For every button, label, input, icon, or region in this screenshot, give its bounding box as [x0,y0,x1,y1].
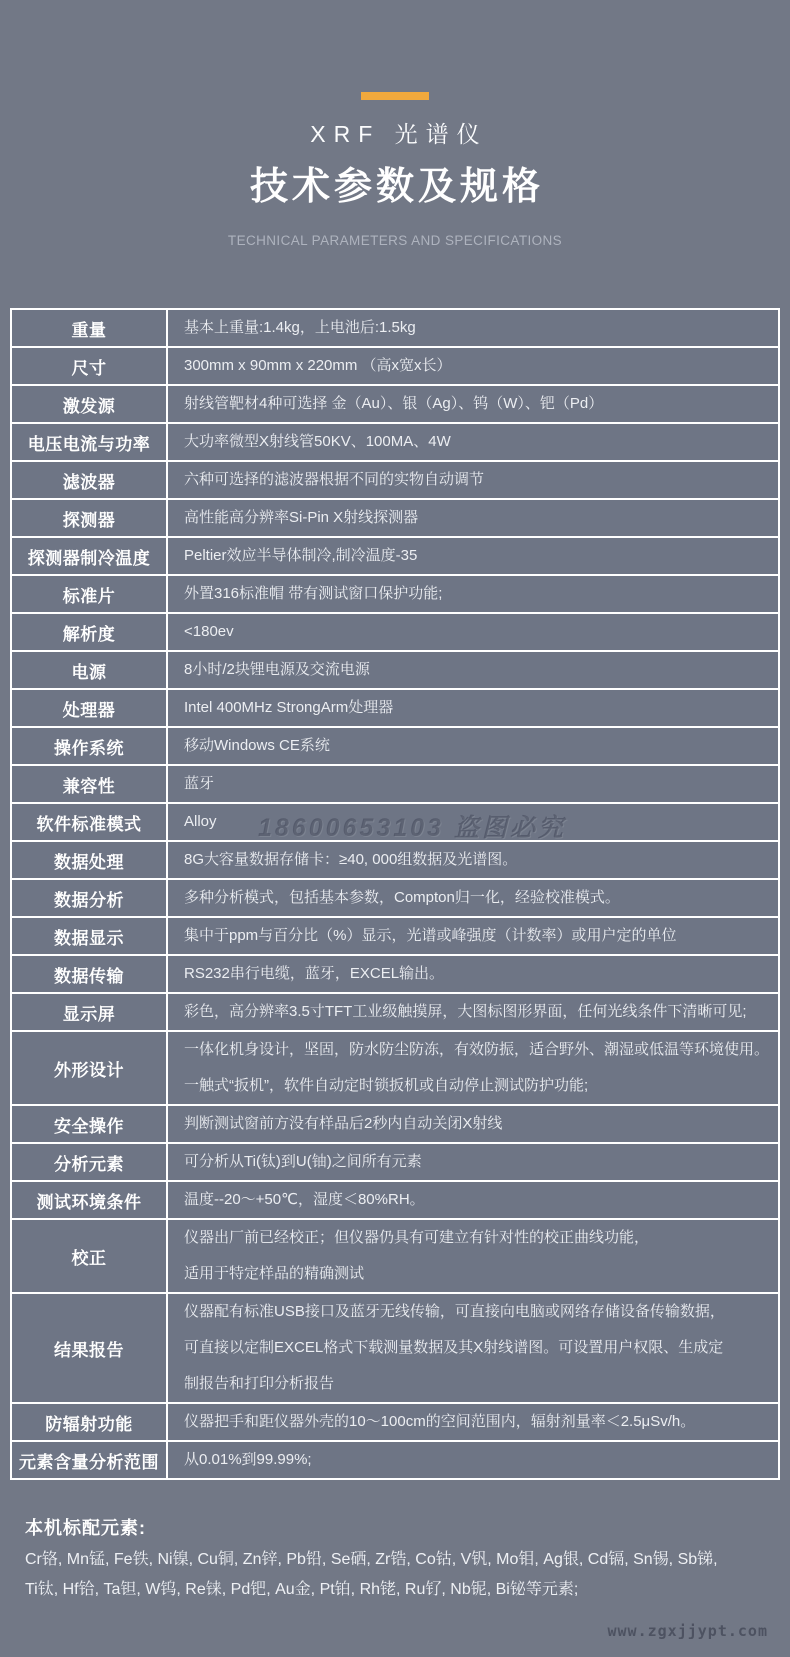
spec-row-value: 可分析从Ti(钛)到U(铀)之间所有元素 [168,1144,778,1180]
phone-watermark: 18600653103 盗图必究 [258,808,566,844]
spec-row-value: RS232串行电缆，蓝牙，EXCEL输出。 [168,956,778,992]
spec-row-label: 防辐射功能 [12,1404,168,1440]
spec-row-value: 高性能高分辨率Si-Pin X射线探测器 [168,500,778,536]
spec-row-value: 仪器配有标准USB接口及蓝牙无线传输，可直接向电脑或网络存储设备传输数据， 可直… [168,1294,778,1402]
table-row: 重量 基本上重量:1.4kg，上电池后:1.5kg [12,310,778,348]
spec-row-label: 校正 [12,1220,168,1292]
spec-row-value: 彩色，高分辨率3.5寸TFT工业级触摸屏，大图标图形界面，任何光线条件下清晰可见… [168,994,778,1030]
product-name: XRF 光谱仪 [0,116,790,149]
spec-row-value: 300mm x 90mm x 220mm （高x宽x长） [168,348,778,384]
spec-row-label: 数据显示 [12,918,168,954]
table-row: 操作系统 移动Windows CE系统 [12,728,778,766]
spec-row-value: 仪器把手和距仪器外壳的10～100cm的空间范围内，辐射剂量率＜2.5μSv/h… [168,1404,778,1440]
table-row: 尺寸 300mm x 90mm x 220mm （高x宽x长） [12,348,778,386]
standard-elements-heading: 本机标配元素: [25,1514,766,1540]
spec-row-label: 显示屏 [12,994,168,1030]
table-row: 外形设计 一体化机身设计，坚固，防水防尘防冻，有效防振，适合野外、潮湿或低温等环… [12,1032,778,1106]
spec-row-label: 元素含量分析范围 [12,1442,168,1478]
table-row: 兼容性 蓝牙 [12,766,778,804]
spec-row-value: 8小时/2块锂电源及交流电源 [168,652,778,688]
spec-row-label: 电源 [12,652,168,688]
page-subtitle: TECHNICAL PARAMETERS AND SPECIFICATIONS [0,233,790,248]
spec-row-value: Peltier效应半导体制冷,制冷温度-35 [168,538,778,574]
spec-row-label: 结果报告 [12,1294,168,1402]
spec-row-label: 标准片 [12,576,168,612]
spec-row-value: Intel 400MHz StrongArm处理器 [168,690,778,726]
spec-row-label: 尺寸 [12,348,168,384]
accent-bar [361,92,429,100]
spec-row-value: 温度--20～+50℃，湿度＜80%RH。 [168,1182,778,1218]
table-row: 处理器 Intel 400MHz StrongArm处理器 [12,690,778,728]
footer: 本机标配元素: Cr铬, Mn锰, Fe铁, Ni镍, Cu铜, Zn锌, Pb… [25,1514,766,1600]
table-row: 安全操作 判断测试窗前方没有样品后2秒内自动关闭X射线 [12,1106,778,1144]
table-row: 解析度 <180ev [12,614,778,652]
page-title: 技术参数及规格 [0,155,790,210]
spec-row-label: 软件标准模式 [12,804,168,840]
spec-row-value: 六种可选择的滤波器根据不同的实物自动调节 [168,462,778,498]
spec-row-label: 数据分析 [12,880,168,916]
table-row: 元素含量分析范围 从0.01%到99.99%; [12,1442,778,1478]
spec-row-value: 集中于ppm与百分比（%）显示，光谱或峰强度（计数率）或用户定的单位 [168,918,778,954]
spec-row-label: 数据传输 [12,956,168,992]
table-row: 探测器制冷温度 Peltier效应半导体制冷,制冷温度-35 [12,538,778,576]
spec-row-value: 蓝牙 [168,766,778,802]
table-row: 结果报告 仪器配有标准USB接口及蓝牙无线传输，可直接向电脑或网络存储设备传输数… [12,1294,778,1404]
table-row: 激发源 射线管靶材4种可选择 金（Au）、银（Ag）、钨（W）、钯（Pd） [12,386,778,424]
table-row: 标准片 外置316标准帽 带有测试窗口保护功能; [12,576,778,614]
spec-table: 重量 基本上重量:1.4kg，上电池后:1.5kg 尺寸 300mm x 90m… [10,308,780,1480]
spec-row-label: 电压电流与功率 [12,424,168,460]
table-row: 滤波器 六种可选择的滤波器根据不同的实物自动调节 [12,462,778,500]
table-row: 测试环境条件 温度--20～+50℃，湿度＜80%RH。 [12,1182,778,1220]
spec-row-label: 测试环境条件 [12,1182,168,1218]
spec-row-value: 一体化机身设计，坚固，防水防尘防冻，有效防振，适合野外、潮湿或低温等环境使用。 … [168,1032,778,1104]
header: XRF 光谱仪 技术参数及规格 TECHNICAL PARAMETERS AND… [0,0,790,308]
spec-row-label: 数据处理 [12,842,168,878]
page: XRF 光谱仪 技术参数及规格 TECHNICAL PARAMETERS AND… [0,0,790,1657]
table-row: 显示屏 彩色，高分辨率3.5寸TFT工业级触摸屏，大图标图形界面，任何光线条件下… [12,994,778,1032]
spec-row-label: 操作系统 [12,728,168,764]
spec-row-value: 仪器出厂前已经校正；但仪器仍具有可建立有针对性的校正曲线功能， 适用于特定样品的… [168,1220,778,1292]
spec-row-label: 外形设计 [12,1032,168,1104]
table-row: 电压电流与功率 大功率微型X射线管50KV、100MA、4W [12,424,778,462]
spec-row-label: 分析元素 [12,1144,168,1180]
table-row: 分析元素 可分析从Ti(钛)到U(铀)之间所有元素 [12,1144,778,1182]
table-row: 探测器 高性能高分辨率Si-Pin X射线探测器 [12,500,778,538]
spec-row-label: 探测器制冷温度 [12,538,168,574]
table-row: 防辐射功能 仪器把手和距仪器外壳的10～100cm的空间范围内，辐射剂量率＜2.… [12,1404,778,1442]
spec-row-label: 重量 [12,310,168,346]
spec-row-value: <180ev [168,614,778,650]
spec-row-value: 外置316标准帽 带有测试窗口保护功能; [168,576,778,612]
standard-elements-line1: Cr铬, Mn锰, Fe铁, Ni镍, Cu铜, Zn锌, Pb铅, Se硒, … [25,1549,766,1570]
spec-row-value: 移动Windows CE系统 [168,728,778,764]
spec-row-value: 大功率微型X射线管50KV、100MA、4W [168,424,778,460]
table-row: 电源 8小时/2块锂电源及交流电源 [12,652,778,690]
spec-row-label: 处理器 [12,690,168,726]
spec-row-label: 解析度 [12,614,168,650]
table-row: 校正 仪器出厂前已经校正；但仪器仍具有可建立有针对性的校正曲线功能， 适用于特定… [12,1220,778,1294]
spec-row-label: 激发源 [12,386,168,422]
spec-row-value: 判断测试窗前方没有样品后2秒内自动关闭X射线 [168,1106,778,1142]
table-row: 数据显示 集中于ppm与百分比（%）显示，光谱或峰强度（计数率）或用户定的单位 [12,918,778,956]
spec-row-value: 多种分析模式，包括基本参数，Compton归一化，经验校准模式。 [168,880,778,916]
spec-row-label: 滤波器 [12,462,168,498]
table-row: 数据处理 8G大容量数据存储卡：≥40, 000组数据及光谱图。 [12,842,778,880]
spec-row-label: 兼容性 [12,766,168,802]
table-row: 数据分析 多种分析模式，包括基本参数，Compton归一化，经验校准模式。 [12,880,778,918]
spec-row-value: 从0.01%到99.99%; [168,1442,778,1478]
spec-row-value: 射线管靶材4种可选择 金（Au）、银（Ag）、钨（W）、钯（Pd） [168,386,778,422]
table-row: 数据传输 RS232串行电缆，蓝牙，EXCEL输出。 [12,956,778,994]
spec-row-value: 基本上重量:1.4kg，上电池后:1.5kg [168,310,778,346]
spec-row-label: 探测器 [12,500,168,536]
spec-row-label: 安全操作 [12,1106,168,1142]
spec-row-value: 8G大容量数据存储卡：≥40, 000组数据及光谱图。 [168,842,778,878]
standard-elements-line2: Ti钛, Hf铪, Ta钽, W钨, Re铼, Pd钯, Au金, Pt铂, R… [25,1579,766,1600]
site-watermark: www.zgxjjypt.com [608,1622,769,1640]
